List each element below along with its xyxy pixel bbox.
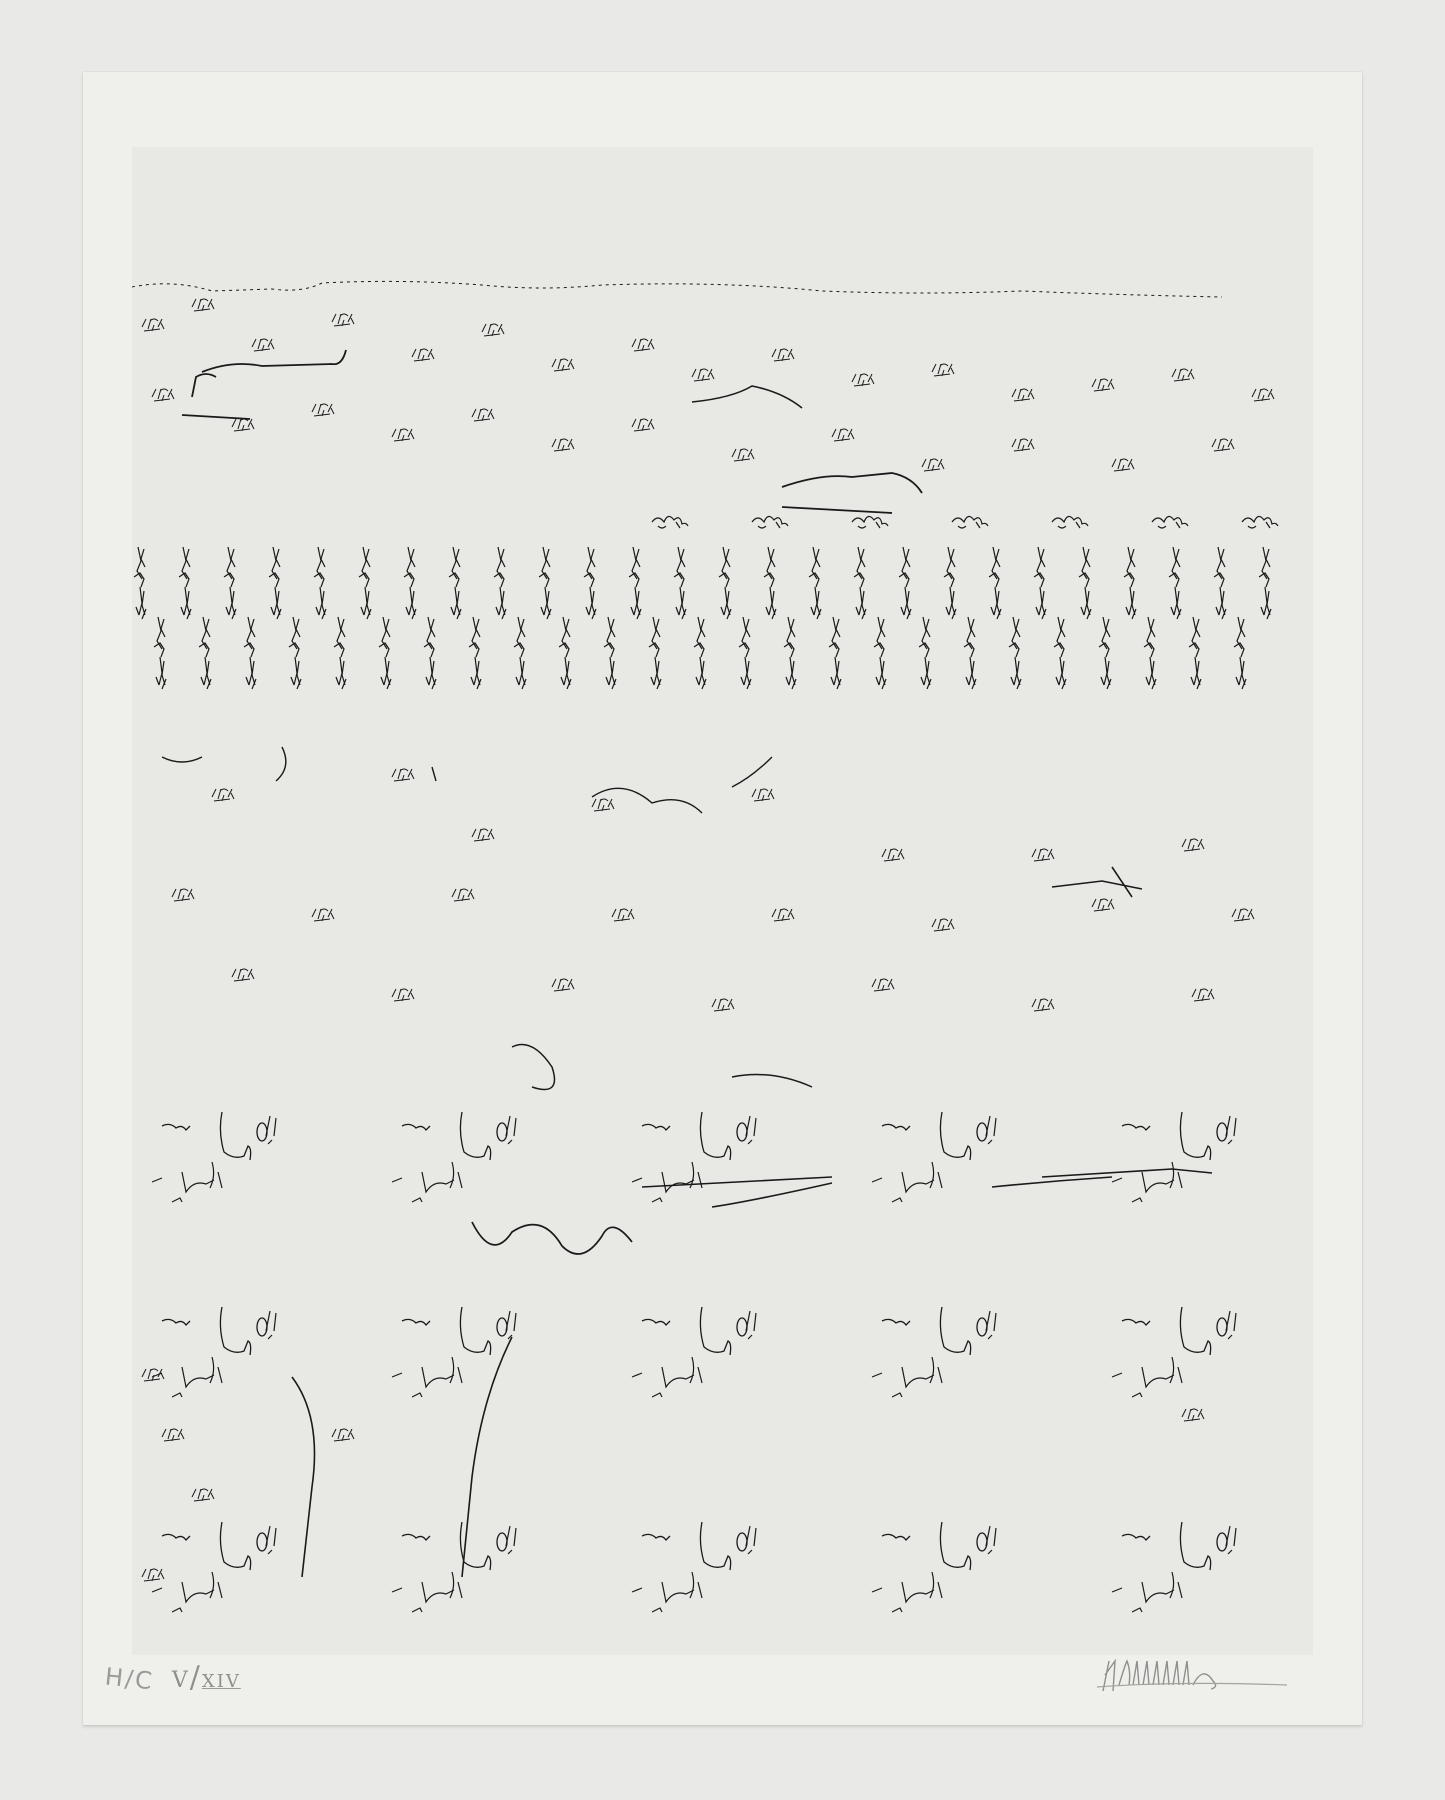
edition-slash: / xyxy=(190,1660,202,1695)
middle-scattered-band xyxy=(162,747,1254,1090)
print-paper-sheet: H/CV/XIV xyxy=(83,72,1362,1725)
edition-prefix: H/C xyxy=(104,1663,156,1696)
line-drawing-artwork xyxy=(132,147,1313,1655)
edition-number: V xyxy=(172,1668,190,1693)
edition-annotation: H/CV/XIV xyxy=(105,1660,241,1695)
edition-total: XIV xyxy=(202,1671,241,1692)
artist-signature xyxy=(1093,1655,1293,1695)
lower-face-motif-band xyxy=(142,1112,1236,1612)
upper-landscape-band xyxy=(132,281,1278,528)
printed-image-area xyxy=(132,147,1313,1655)
corn-row-band xyxy=(134,547,1271,689)
